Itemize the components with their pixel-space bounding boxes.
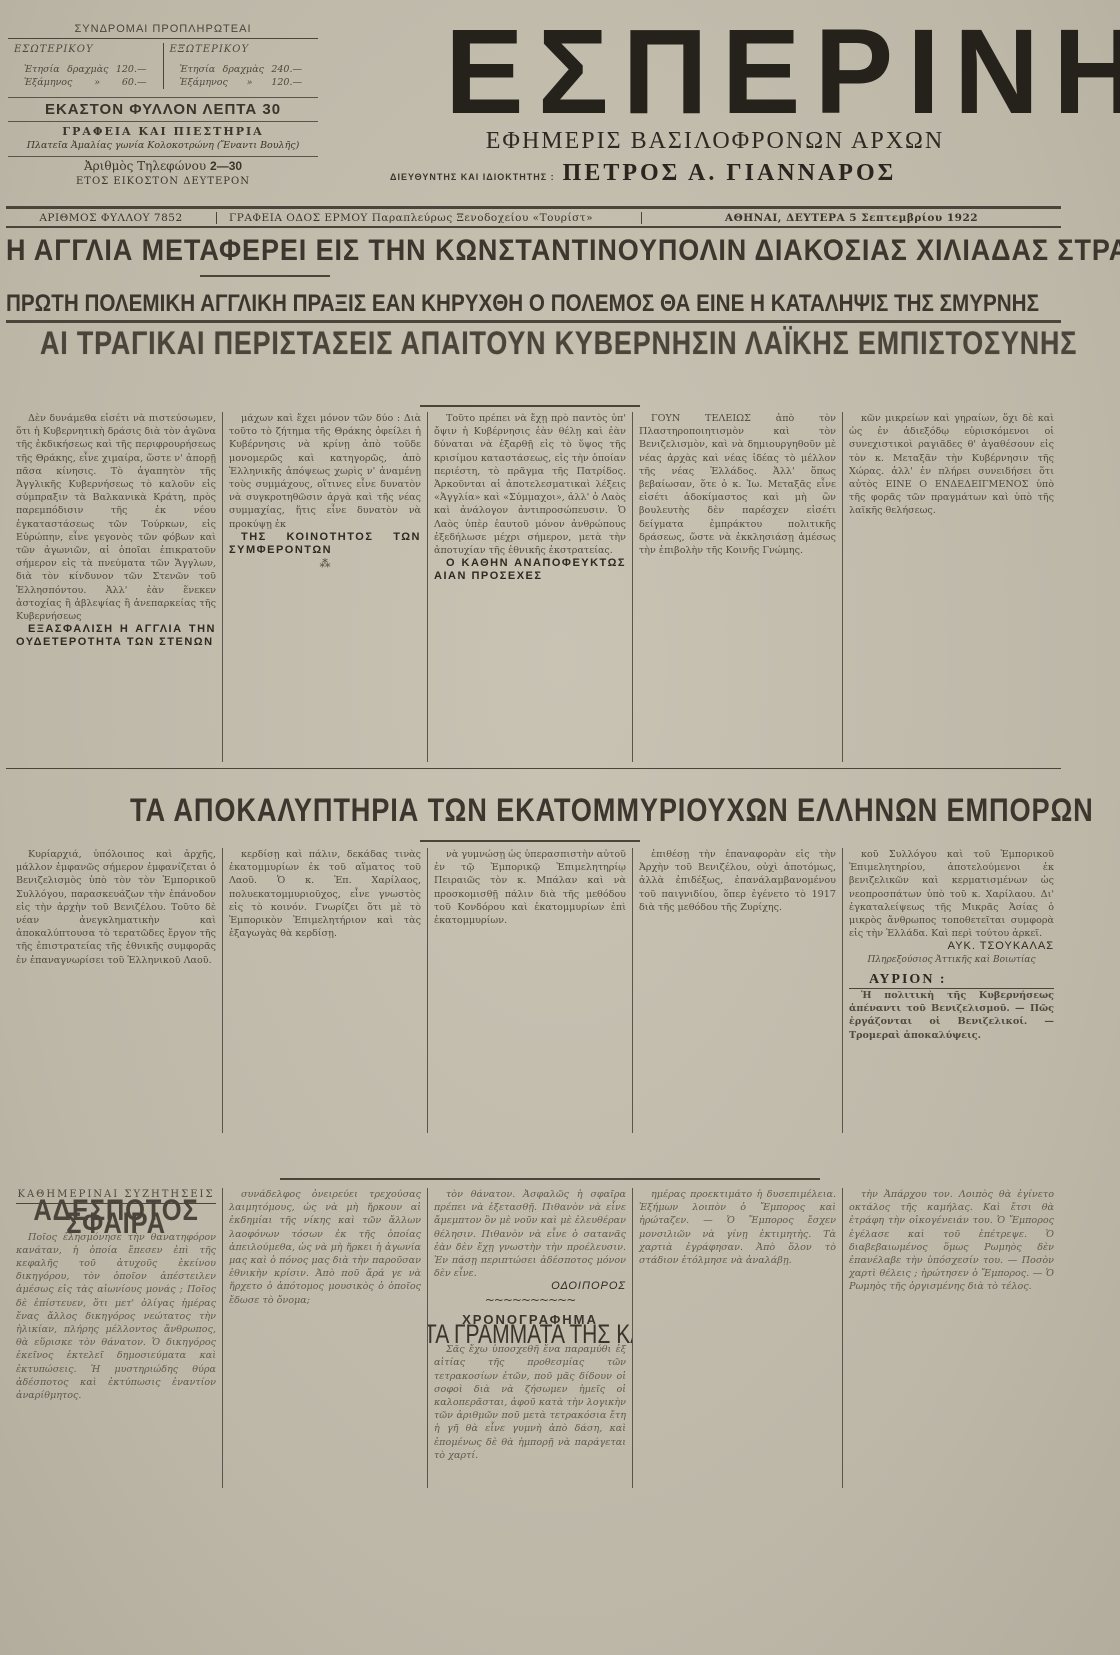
article-column: νὰ γυμνώσῃ ὡς ὑπερασπιστὴν αὐτοῦ ἐν τῷ Ἐ…	[427, 848, 632, 1133]
divider	[6, 320, 1061, 323]
offices-title: ΓΡΑΦΕΙΑ ΚΑΙ ΠΙΕΣΤΗΡΙΑ	[8, 125, 318, 139]
offices-address: Πλατεῖα Ἀμαλίας γωνία Κολοκοτρώνη (Ἔναντ…	[8, 140, 318, 152]
signature-title: Πληρεξούσιος Ἀττικῆς καὶ Βοιωτίας	[849, 954, 1054, 967]
divider	[200, 275, 330, 277]
article-column: Δὲν δυνάμεθα εἰσέτι νὰ πιστεύσωμεν, ὅτι …	[10, 412, 222, 762]
foreign-rates: ΕΞΩΤΕΡΙΚΟΥ Ἐτησίαδραχμὰς240.— Ἑξάμηνος»1…	[163, 43, 319, 89]
phone-line: Ἀριθμὸς Τηλεφώνου 2—30	[8, 156, 318, 175]
newspaper-logo: ΕΣΠΕΡΙΝΗ	[445, 21, 1065, 123]
dateline: ΑΘΗΝΑΙ, ΔΕΥΤΕΡΑ 5 Σεπτεμβρίου 1922	[641, 212, 1061, 224]
rate-row: Ἐτησίαδραχμὰς240.—	[170, 63, 313, 76]
rate-row: Ἐτησίαδραχμὰς120.—	[14, 63, 157, 76]
article-column: ἐπιθέσῃ τὴν ἐπαναφορὰν εἰς τὴν Ἀρχὴν τοῦ…	[632, 848, 842, 1133]
publication-year: ΕΤΟΣ ΕΙΚΟΣΤΟΝ ΔΕΥΤΕΡΟΝ	[8, 175, 318, 188]
offices-location: ΓΡΑΦΕΙΑ ΟΔΟΣ ΕΡΜΟΥ Παραπλεύρως Ξενοδοχεί…	[216, 212, 641, 224]
subscription-rates: ΕΣΩΤΕΡΙΚΟΥ Ἐτησίαδραχμὰς120.— Ἑξάμηνος»6…	[8, 43, 318, 89]
headline-merchants: ΤΑ ΑΠΟΚΑΛΥΠΤΗΡΙΑ ΤΩΝ ΕΚΑΤΟΜΜΥΡΙΟΥΧΩΝ ΕΛΛ…	[130, 792, 980, 829]
newspaper-motto: ΕΦΗΜΕΡΙΣ ΒΑΣΙΛΟΦΡΟΝΩΝ ΑΡΧΩΝ	[405, 128, 1025, 155]
divider	[280, 1178, 820, 1180]
article-column: κῶν μικρείων καὶ γηραίων, ὅχι δὲ καὶ ὡς …	[842, 412, 1060, 762]
subscriptions-title: ΣΥΝΔΡΟΜΑΙ ΠΡΟΠΛΗΡΩΤΕΑΙ	[8, 22, 318, 39]
subscription-box: ΣΥΝΔΡΟΜΑΙ ΠΡΟΠΛΗΡΩΤΕΑΙ ΕΣΩΤΕΡΙΚΟΥ Ἐτησία…	[8, 22, 318, 188]
article-column: μάχων καὶ ἔχει μόνον τῶν δύο : Διὰ τοῦτο…	[222, 412, 427, 762]
chronograph-title: ΤΑ ΓΡΑΜΜΑΤΑ ΤΗΣ ΚΑΜΗΛΑΣ	[427, 1328, 632, 1341]
feature-signature: ΟΔΟΙΠΟΡΟΣ	[434, 1280, 626, 1293]
director-label: ΔΙΕΥΘΥΝΤΗΣ ΚΑΙ ΙΔΙΟΚΤΗΤΗΣ :	[390, 172, 555, 182]
divider	[420, 840, 640, 842]
article-column: κοῦ Συλλόγου καὶ τοῦ Ἐμπορικοῦ Ἐπιμελητη…	[842, 848, 1060, 1133]
article-column: κερδίσῃ καὶ πάλιν, δεκάδας τινὰς ἐκατομμ…	[222, 848, 427, 1133]
foreign-label: ΕΞΩΤΕΡΙΚΟΥ	[170, 43, 313, 56]
newspaper-page: ΣΥΝΔΡΟΜΑΙ ΠΡΟΠΛΗΡΩΤΕΑΙ ΕΣΩΤΕΡΙΚΟΥ Ἐτησία…	[0, 0, 1120, 1655]
rate-row: Ἑξάμηνος»120.—	[170, 76, 313, 89]
bottom-section: ΚΑΘΗΜΕΡΙΝΑΙ ΣΥΖΗΤΗΣΕΙΣ ΑΔΕΣΠΟΤΟΣ ΣΦΑΙΡΑ …	[10, 1188, 1060, 1488]
director-line: ΔΙΕΥΘΥΝΤΗΣ ΚΑΙ ΙΔΙΟΚΤΗΤΗΣ : ΠΕΤΡΟΣ Α. ΓΙ…	[390, 160, 1070, 187]
director-name: ΠΕΤΡΟΣ Α. ΓΙΑΝΝΑΡΟΣ	[563, 160, 897, 187]
feature-column: ΚΑΘΗΜΕΡΙΝΑΙ ΣΥΖΗΤΗΣΕΙΣ ΑΔΕΣΠΟΤΟΣ ΣΦΑΙΡΑ …	[10, 1188, 222, 1488]
feature-column: τὸν θάνατον. Ἀσφαλῶς ἡ σφαῖρα πρέπει νὰ …	[427, 1188, 632, 1488]
article-signature: ΑΥΚ. ΤΣΟΥΚΑΛΑΣ	[849, 940, 1054, 953]
headline-main: Η ΑΓΓΛΙΑ ΜΕΤΑΦΕΡΕΙ ΕΙΣ ΤΗΝ ΚΩΝΣΤΑΝΤΙΝΟΥΠ…	[6, 234, 1059, 268]
tomorrow-label: ΑΥΡΙΟΝ :	[849, 967, 1054, 989]
headline-editorial: ΑΙ ΤΡΑΓΙΚΑΙ ΠΕΡΙΣΤΑΣΕΙΣ ΑΠΑΙΤΟΥΝ ΚΥΒΕΡΝΗ…	[40, 325, 964, 362]
issue-number: ΑΡΙΘΜΟΣ ΦΥΛΛΟΥ 7852	[6, 212, 216, 224]
divider	[6, 768, 1061, 769]
feature-title: ΑΔΕΣΠΟΤΟΣ ΣΦΑΙΡΑ	[31, 1204, 201, 1230]
chronograph-column: τὴν Ἀπάρχου τον. Λοιπὸς θὰ ἐγίνετο οκτάλ…	[842, 1188, 1060, 1488]
chronograph-column: ημέρας προεκτιμάτο ἡ δυσεπιμέλεια. Ἐξήμω…	[632, 1188, 842, 1488]
merchants-article: Κυρίαρχιά, ὑπόλοιπος καὶ ἀρχῆς, μάλλον ἐ…	[10, 848, 1060, 1133]
article-column: ΓΟΥΝ ΤΕΛΕΙΩΣ ἀπὸ τὸν Πλαστηροποιητισμὸν …	[632, 412, 842, 762]
section-ornament: ⁂	[229, 557, 421, 570]
divider	[420, 405, 640, 407]
domestic-label: ΕΣΩΤΕΡΙΚΟΥ	[14, 43, 157, 56]
editorial-article: Δὲν δυνάμεθα εἰσέτι νὰ πιστεύσωμεν, ὅτι …	[10, 412, 1060, 762]
feature-column: συνάδελφος ὀνειρεύει τρεχούσας λαιμητόμο…	[222, 1188, 427, 1488]
article-column: Τοῦτο πρέπει νὰ ἔχῃ πρὸ παντὸς ὑπ' ὄψιν …	[427, 412, 632, 762]
ornament-divider: ~~~~~~~~~~	[434, 1294, 626, 1307]
price-per-copy: ΕΚΑΣΤΟΝ ΦΥΛΛΟΝ ΛΕΠΤΑ 30	[8, 97, 318, 123]
article-column: Κυρίαρχιά, ὑπόλοιπος καὶ ἀρχῆς, μάλλον ἐ…	[10, 848, 222, 1133]
tomorrow-text: Ἡ πολιτικὴ τῆς Κυβερνήσεως ἀπέναντι τοῦ …	[849, 989, 1054, 1042]
headline-sub: ΠΡΩΤΗ ΠΟΛΕΜΙΚΗ ΑΓΓΛΙΚΗ ΠΡΑΞΙΣ ΕΑΝ ΚΗΡΥΧΘ…	[6, 290, 1012, 318]
domestic-rates: ΕΣΩΤΕΡΙΚΟΥ Ἐτησίαδραχμὰς120.— Ἑξάμηνος»6…	[8, 43, 163, 89]
issue-info-bar: ΑΡΙΘΜΟΣ ΦΥΛΛΟΥ 7852 ΓΡΑΦΕΙΑ ΟΔΟΣ ΕΡΜΟΥ Π…	[6, 206, 1061, 228]
rate-row: Ἑξάμηνος»60.—	[14, 76, 157, 89]
